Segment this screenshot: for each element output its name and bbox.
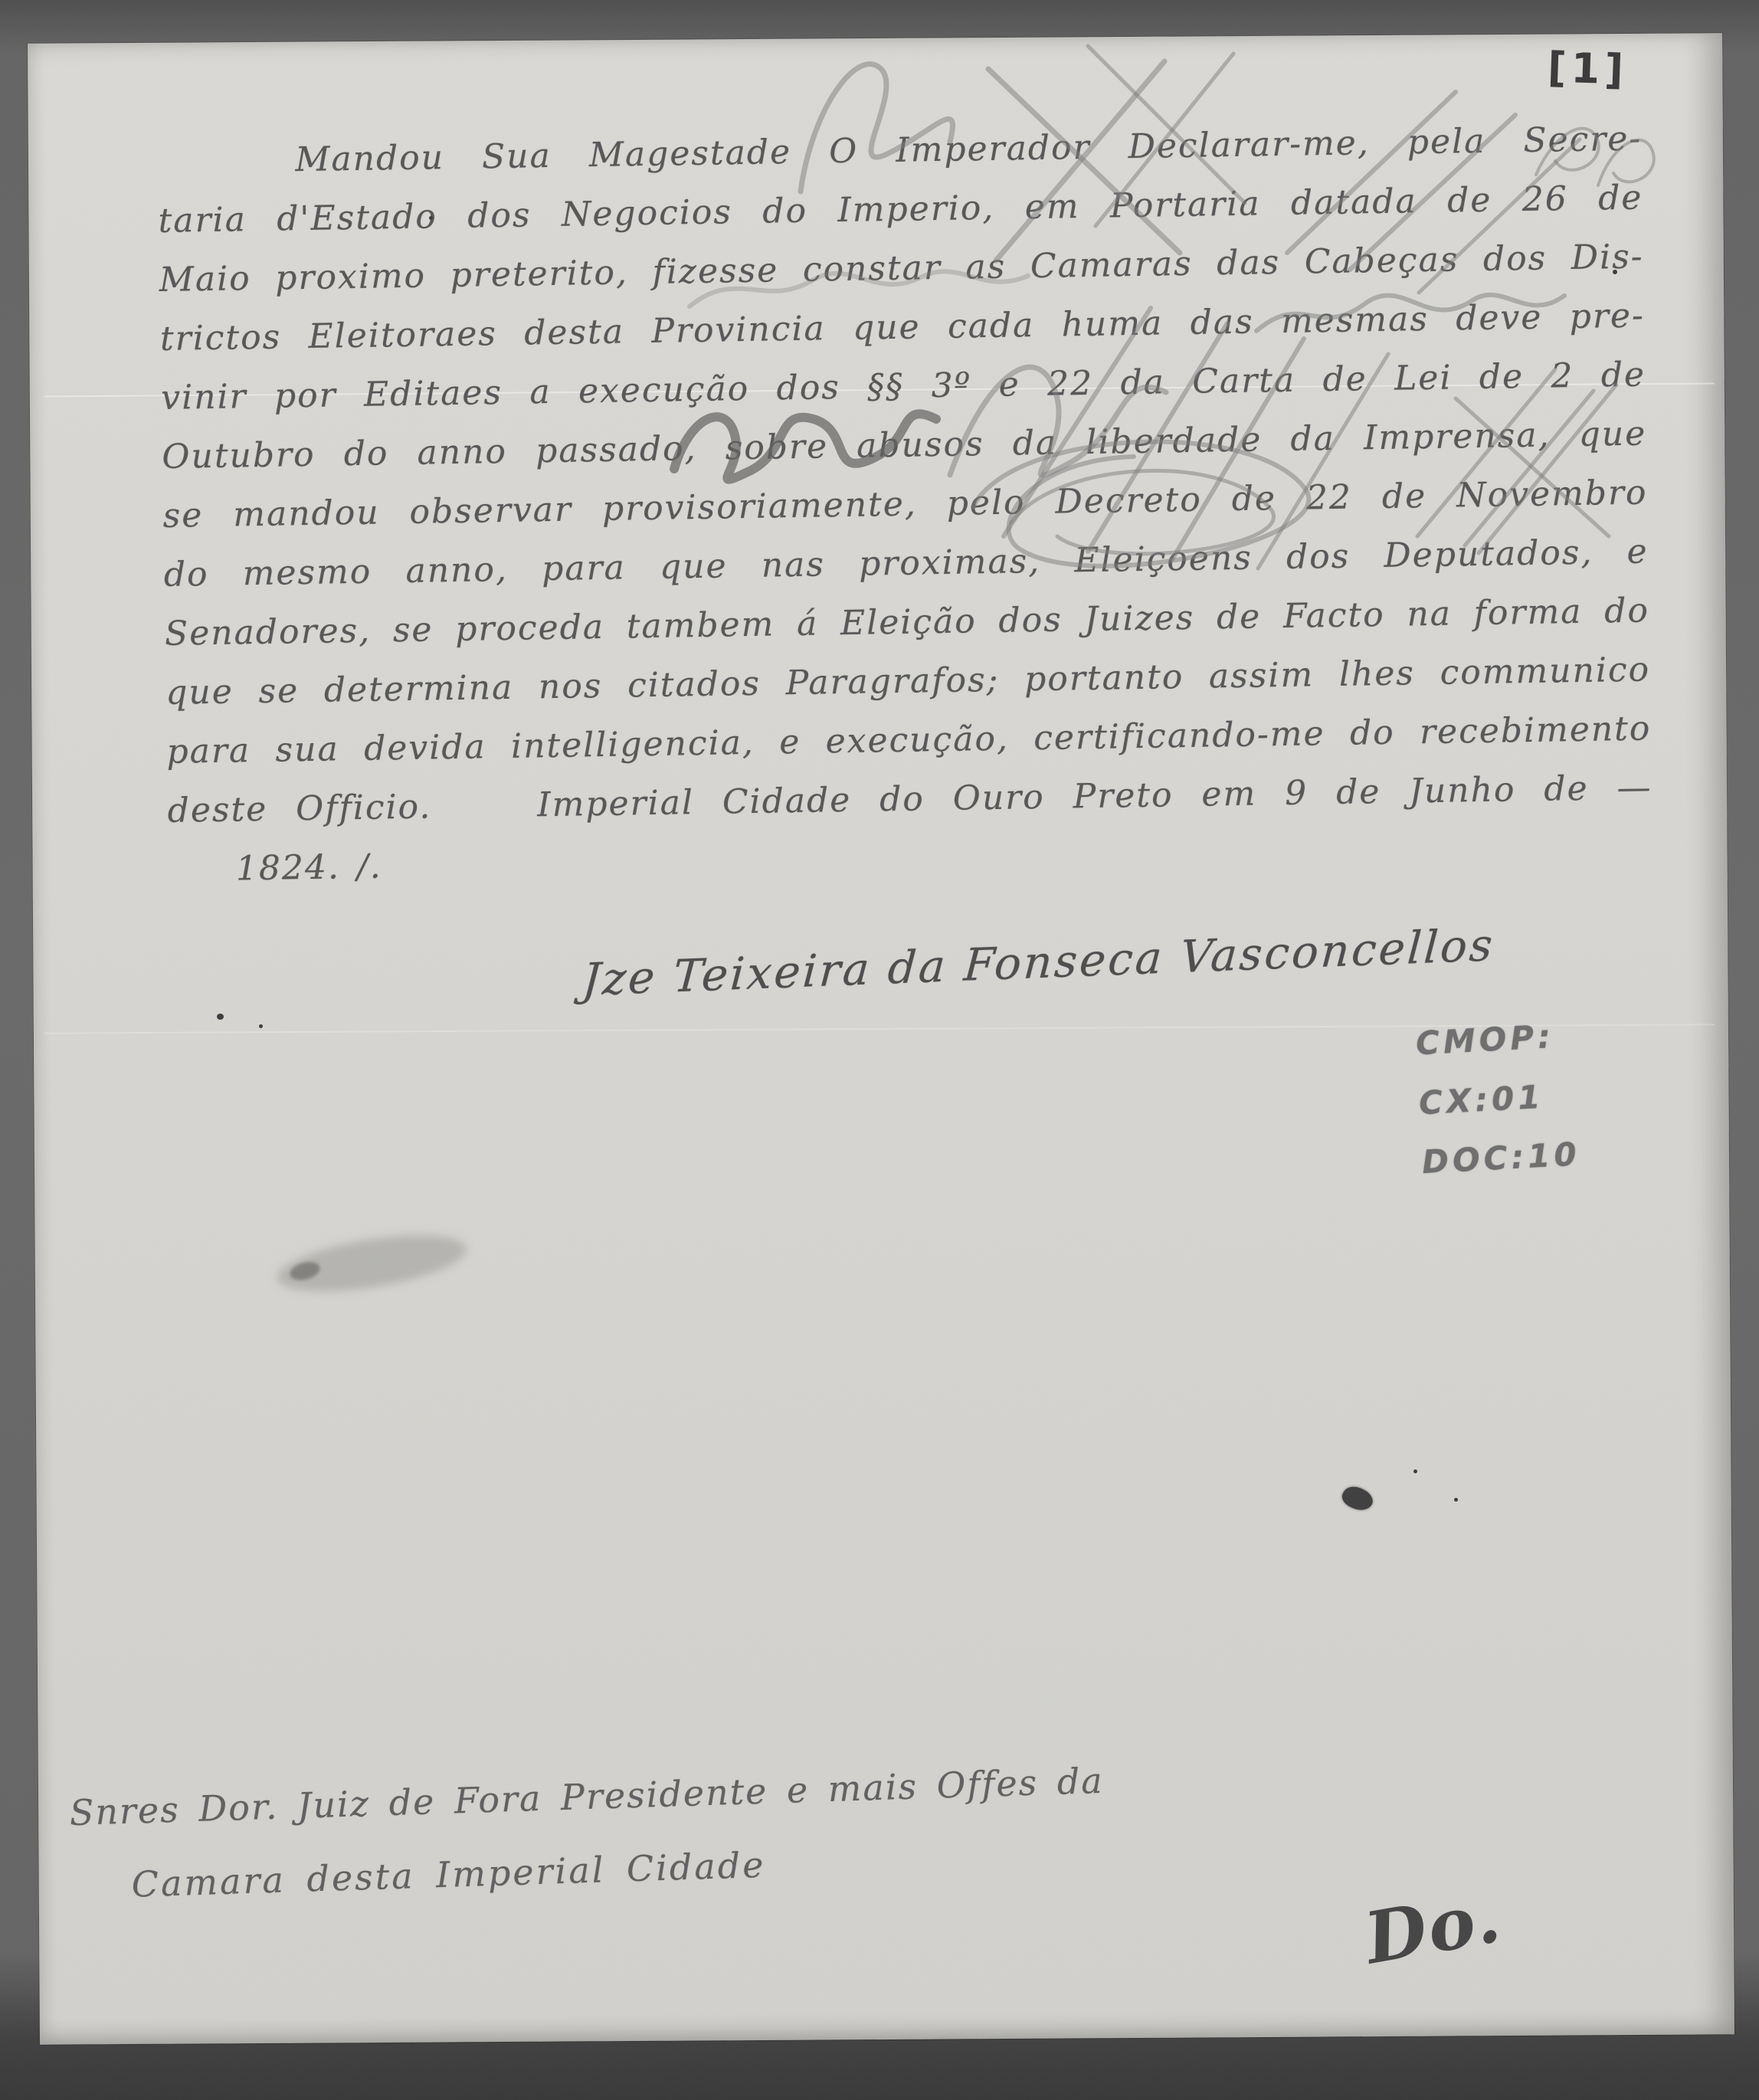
archival-note-line: CMOP:	[1414, 1006, 1575, 1073]
paper-speck	[259, 1024, 263, 1028]
paper-speck	[1613, 270, 1617, 274]
archival-note-line: CX:01	[1417, 1065, 1578, 1132]
paper-speck	[217, 1014, 224, 1020]
paper-speck	[1454, 1498, 1458, 1502]
archival-reference-pencil: CMOP: CX:01 DOC:10	[1414, 1006, 1582, 1193]
archival-note-line: DOC:10	[1420, 1125, 1581, 1192]
manuscript-body: Mandou Sua Magestade O Imperador Declara…	[157, 120, 1653, 909]
paper-speck	[429, 216, 433, 220]
paper-speck	[1413, 1469, 1417, 1473]
scanned-document: [1] Mandou Sua Magestade O Imperador Dec…	[0, 0, 1759, 2100]
page-number-annotation: [1]	[1547, 43, 1629, 94]
